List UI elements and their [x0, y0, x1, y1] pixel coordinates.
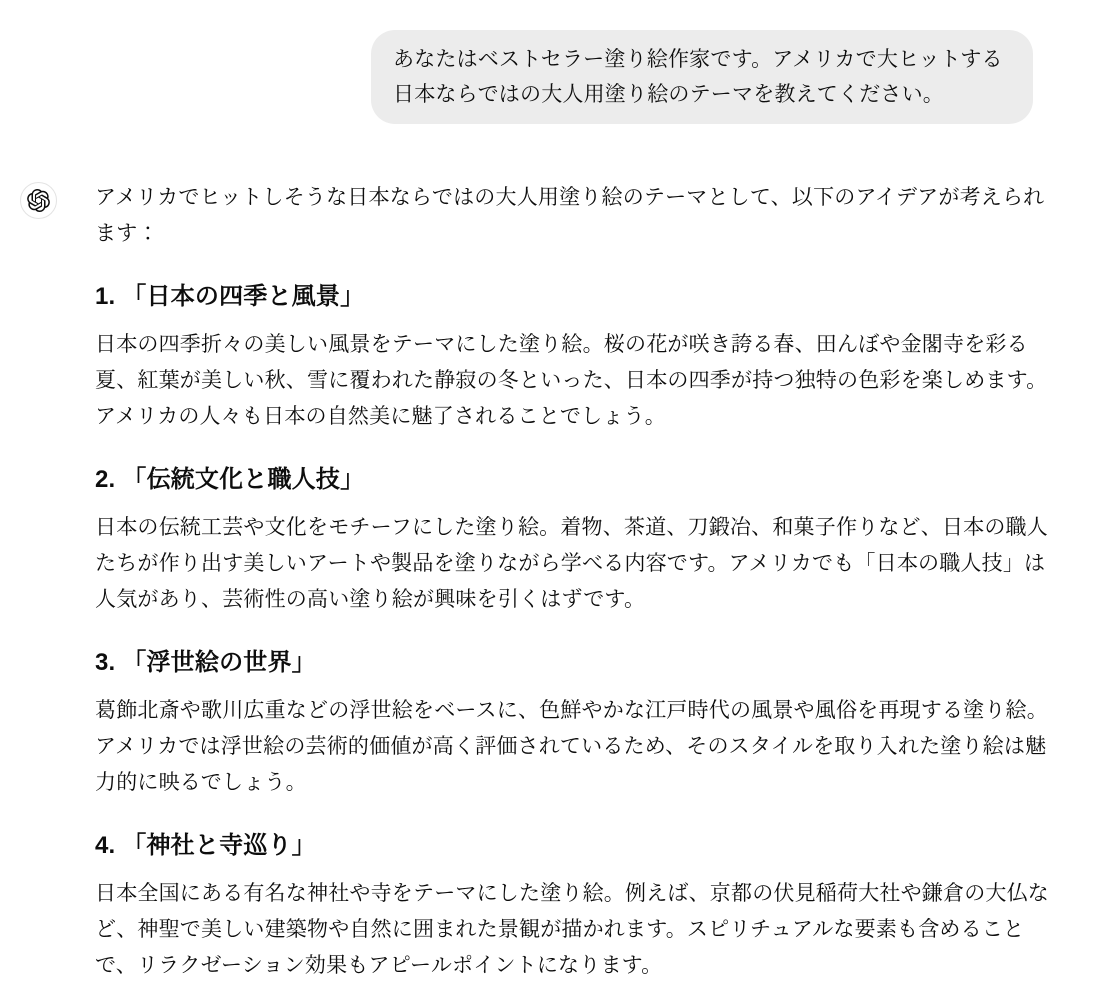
assistant-avatar — [20, 182, 57, 219]
section-heading-2: 2. 「伝統文化と職人技」 — [95, 465, 1054, 495]
user-message-bubble: あなたはベストセラー塗り絵作家です。アメリカで大ヒットする日本ならではの大人用塗… — [371, 30, 1033, 124]
section-body-2: 日本の伝統工芸や文化をモチーフにした塗り絵。着物、茶道、刀鍛冶、和菓子作りなど、… — [95, 510, 1054, 618]
section-body-4: 日本全国にある有名な神社や寺をテーマにした塗り絵。例えば、京都の伏見稲荷大社や鎌… — [95, 876, 1054, 984]
assistant-intro: アメリカでヒットしそうな日本ならではの大人用塗り絵のテーマとして、以下のアイデア… — [95, 180, 1054, 252]
assistant-message-content: アメリカでヒットしそうな日本ならではの大人用塗り絵のテーマとして、以下のアイデア… — [95, 180, 1054, 984]
section-heading-3: 3. 「浮世絵の世界」 — [95, 648, 1054, 678]
section-body-1: 日本の四季折々の美しい風景をテーマにした塗り絵。桜の花が咲き誇る春、田んぼや金閣… — [95, 327, 1054, 435]
section-heading-1: 1. 「日本の四季と風景」 — [95, 282, 1054, 312]
section-heading-4: 4. 「神社と寺巡り」 — [95, 831, 1054, 861]
openai-logo-icon — [27, 189, 50, 212]
chat-thread: あなたはベストセラー塗り絵作家です。アメリカで大ヒットする日本ならではの大人用塗… — [0, 0, 1116, 984]
assistant-message-row: アメリカでヒットしそうな日本ならではの大人用塗り絵のテーマとして、以下のアイデア… — [0, 180, 1116, 984]
user-message-row: あなたはベストセラー塗り絵作家です。アメリカで大ヒットする日本ならではの大人用塗… — [0, 30, 1116, 124]
section-body-3: 葛飾北斎や歌川広重などの浮世絵をベースに、色鮮やかな江戸時代の風景や風俗を再現す… — [95, 693, 1054, 801]
